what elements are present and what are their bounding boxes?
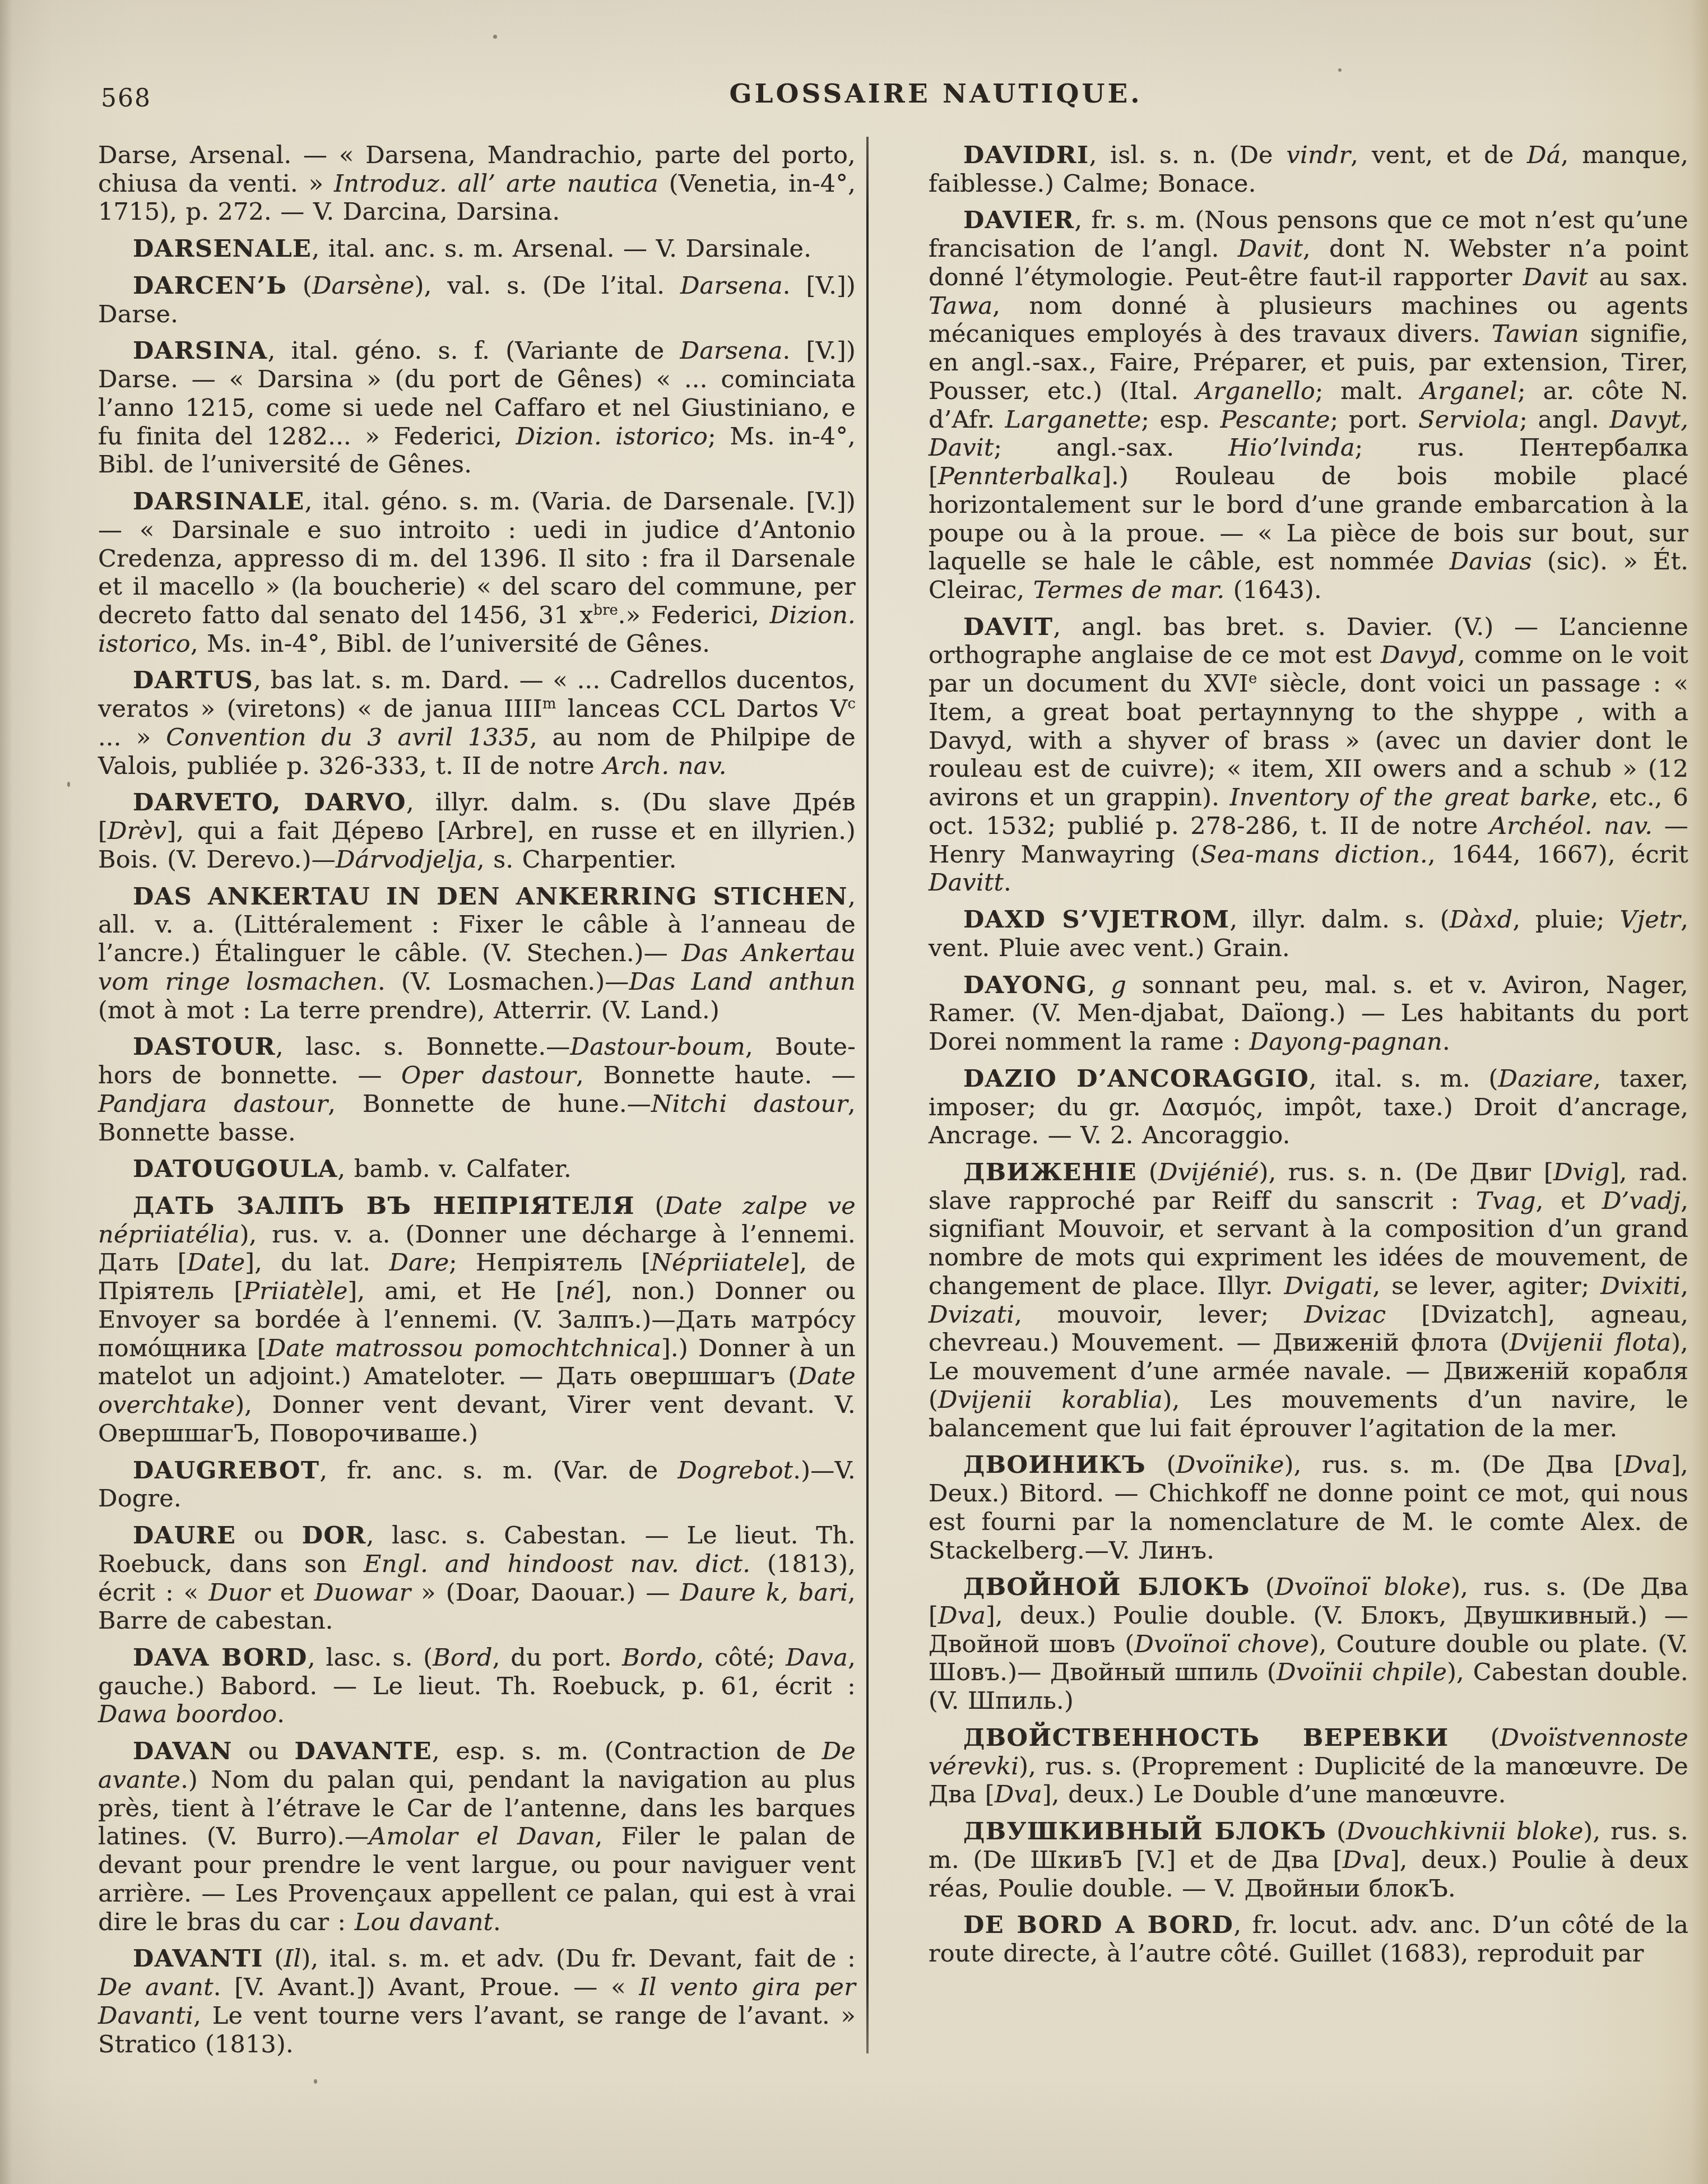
entry-headword: DAVIDRI [963, 141, 1089, 169]
text-run: ou [233, 1737, 295, 1765]
column-divider-rule [866, 137, 869, 2053]
text-run: Engl. and hindoost nav. dict. [364, 1550, 750, 1578]
text-run: Népriiatele [651, 1249, 790, 1277]
text-run: . [1004, 869, 1011, 897]
dictionary-entry: DARVETO, DARVO, illyr. dalm. s. (Du slav… [98, 789, 856, 874]
entry-headword: ДВИЖЕНІЕ [963, 1158, 1137, 1186]
text-run: Dayong-pagnan [1250, 1028, 1442, 1056]
text-run: Dva [995, 1780, 1042, 1809]
text-run: Dvizati [929, 1301, 1014, 1329]
entry-headword: DARCEN’Ь [133, 272, 287, 300]
dictionary-entry: DE BORD A BORD, fr. locut. adv. anc. D’u… [929, 1911, 1688, 1968]
text-run: , isl. s. n. (De [1089, 141, 1287, 169]
running-title: GLOSSAIRE NAUTIQUE. [191, 78, 1681, 109]
ink-speck [493, 35, 497, 39]
text-run: ( [1250, 1573, 1275, 1601]
text-run: Dárvodjelja [336, 846, 477, 874]
text-run: Arganel [1421, 377, 1517, 405]
text-run: . (V. Losmachen.)— [378, 968, 629, 996]
dictionary-entry: DAVIER, fr. s. m. (Nous pensons que ce m… [929, 206, 1688, 604]
dictionary-entry: DAVIDRI, isl. s. n. (De vindr, vent, et … [929, 141, 1688, 198]
entry-headword: DARVETO, DARVO [133, 789, 406, 817]
text-run: Dvijenii flota [1509, 1329, 1671, 1357]
text-run: Dàxd [1450, 906, 1513, 934]
text-run: , bamb. v. Calfater. [338, 1155, 572, 1183]
text-run: Dvouchkivnii bloke [1346, 1817, 1583, 1845]
text-run: m [542, 695, 556, 712]
text-run: ( [1326, 1817, 1346, 1845]
text-run: Daure k, bari [680, 1579, 848, 1607]
text-run: Nitchi dastour [651, 1090, 848, 1118]
text-run: . [1442, 1028, 1450, 1056]
text-run: ; angl.-sax. [994, 434, 1228, 462]
ink-speck [667, 1236, 670, 1239]
text-run: Amolar el Davan [369, 1823, 595, 1851]
text-run: ; angl. [1519, 406, 1609, 434]
text-run: Lou davant [355, 1908, 493, 1936]
text-run: , et [1536, 1187, 1602, 1215]
entry-headword: ДВУШКИВНЫЙ БЛОКЪ [963, 1817, 1326, 1845]
text-run: Bord [433, 1644, 492, 1672]
dictionary-entry: Darse, Arsenal. — « Darsena, Mandrachio,… [98, 141, 856, 226]
text-run: . [493, 1908, 501, 1936]
entry-headword: DAURE [133, 1522, 236, 1550]
dictionary-entry: DAZIO D’ANCORAGGIO, ital. s. m. (Daziare… [929, 1065, 1688, 1150]
text-run: ), rus. s. m. (De Два [ [1284, 1451, 1623, 1479]
text-run: Dizion. istorico [516, 423, 708, 451]
entry-headword: DARSINA [133, 337, 268, 365]
text-run: , esp. s. m. (Contraction de [432, 1737, 822, 1765]
text-run: Dvijenii korablia [938, 1386, 1163, 1414]
text-run: , Le vent tourne vers l’avant, se range … [98, 2002, 856, 2058]
text-run: , 1644, 1667), écrit [1428, 841, 1688, 869]
text-run: Dva [1343, 1846, 1390, 1874]
text-run: Introduz. all’ arte nautica [334, 170, 658, 198]
dictionary-entry: ДВОЙНОЙ БЛОКЪ (Dvoïnoï bloke), rus. s. (… [929, 1573, 1688, 1715]
dictionary-entry: DAURE ou DOR, lasc. s. Cabestan. — Le li… [98, 1522, 856, 1635]
entry-headword: ДАТЬ ЗАЛПЪ ВЪ НЕПРІЯТЕЛЯ [133, 1192, 635, 1220]
text-run: Serviola [1418, 406, 1519, 434]
text-run: Pennterbalka [938, 462, 1102, 490]
text-run: , [1088, 971, 1111, 999]
text-run: ; malt. [1315, 377, 1421, 405]
text-run: Dvoïnike [1176, 1451, 1284, 1479]
text-run: (mot à mot : La terre prendre), Atterrir… [98, 996, 720, 1024]
text-run: Tawian [1492, 320, 1579, 348]
text-run: Dva [1623, 1451, 1671, 1479]
text-run: Dvoïnoï bloke [1275, 1573, 1451, 1601]
text-run: , pluie; [1512, 906, 1619, 934]
text-run: Daziare [1498, 1065, 1594, 1093]
dictionary-entry: DAVANTI (Il), ital. s. m. et adv. (Du fr… [98, 1945, 856, 2058]
right-column: DAVIDRI, isl. s. n. (De vindr, vent, et … [929, 141, 1688, 1977]
dictionary-entry: DAUGREBOT, fr. anc. s. m. (Var. de Dogre… [98, 1457, 856, 1513]
text-run: c [848, 695, 856, 712]
dictionary-entry: DARTUS, bas lat. s. m. Dard. — « ... Cad… [98, 666, 856, 780]
ink-speck [1338, 68, 1342, 72]
dictionary-entry: DARCEN’Ь (Darsène), val. s. (De l’ital. … [98, 272, 856, 328]
text-run: ( [1146, 1451, 1176, 1479]
text-run: , du port. [493, 1644, 623, 1672]
text-run: Dare [389, 1249, 449, 1277]
entry-headword: DARSENALE [133, 235, 312, 263]
text-run: , Bonnette haute. — [576, 1061, 856, 1089]
text-run: Darsena [680, 337, 783, 365]
text-run: Tvag [1476, 1187, 1536, 1215]
dictionary-entry: DATOUGOULA, bamb. v. Calfater. [98, 1155, 856, 1184]
entry-headword: DAVIT [963, 613, 1053, 641]
text-run: Dogrebot [677, 1457, 793, 1485]
dictionary-entry: ДВОЙСТВЕННОСТЬ ВЕРЕВКИ (Dvoïstvennoste v… [929, 1724, 1688, 1809]
text-run: . [V. Avant.]) Avant, Proue. — « [214, 1973, 639, 2001]
text-run: Dvizac [1304, 1301, 1386, 1329]
entry-headword: DARSINALE [133, 488, 305, 516]
text-run: Il [284, 1945, 301, 1973]
entry-headword: DAYONG [963, 971, 1088, 999]
text-run: Duor [208, 1579, 270, 1607]
entry-headword: DAVANTI [133, 1945, 263, 1973]
page-right-edge-shadow [1691, 0, 1708, 2184]
entry-headword: ДВОИНИКЪ [963, 1451, 1146, 1479]
text-run: e [1248, 670, 1257, 687]
entry-headword: DAVAN [133, 1737, 233, 1765]
text-run: Dvixiti [1600, 1272, 1681, 1300]
text-run: ( [635, 1192, 665, 1220]
text-run: , lasc. s. Bonnette.— [276, 1033, 570, 1061]
text-run: , côté; [697, 1644, 786, 1672]
entry-headword: DAZIO D’ANCORAGGIO [963, 1065, 1309, 1093]
text-run: ... » [98, 724, 166, 752]
text-run: Davit [1238, 235, 1303, 263]
text-run: Tawa [929, 292, 992, 320]
dictionary-entry: DARSENALE, ital. anc. s. m. Arsenal. — V… [98, 235, 856, 263]
text-run: .» Federici, [618, 601, 770, 629]
text-run: ( [263, 1945, 284, 1973]
dictionary-entry: ДВИЖЕНІЕ (Dvijénié), rus. s. n. (De Двиг… [929, 1158, 1688, 1443]
dictionary-entry: DAXD S’VJETROM, illyr. dalm. s. (Dàxd, p… [929, 906, 1688, 962]
text-run: Pandjara dastour [98, 1090, 328, 1118]
entry-headword: DARTUS [133, 666, 253, 694]
text-run: Dvijénié [1158, 1158, 1259, 1186]
text-run: Hio’lvinda [1228, 434, 1354, 462]
text-run: Pescante [1220, 406, 1330, 434]
text-run: vindr [1286, 141, 1350, 169]
text-run: Dawa boordoo [98, 1700, 277, 1728]
text-run: ou [236, 1522, 302, 1550]
text-run: De avant [98, 1973, 214, 2001]
text-run: bre [593, 602, 618, 619]
text-run: , ital. géno. s. f. (Variante de [268, 337, 680, 365]
text-run: Dava [786, 1644, 848, 1672]
text-run: ; port. [1330, 406, 1418, 434]
text-run: Davias [1450, 548, 1532, 576]
text-run: Vjetr [1619, 906, 1681, 934]
text-run: Date matrossou pomochtchnica [267, 1334, 661, 1362]
text-run: Arganello [1196, 377, 1315, 405]
text-run: ; Непріятель [ [449, 1249, 651, 1277]
text-run: Convention du 3 avril 1335 [166, 724, 530, 752]
text-run: Das Land anthun [629, 968, 856, 996]
text-run: Davyd [1381, 641, 1458, 669]
text-run: Archéol. nav. [1489, 812, 1653, 840]
left-column: Darse, Arsenal. — « Darsena, Mandrachio,… [98, 141, 856, 2067]
text-run: Darsène [312, 272, 415, 300]
text-run: , vent, et de [1350, 141, 1527, 169]
entry-headword: DOR [302, 1522, 366, 1550]
dictionary-entry: DAVA BORD, lasc. s. (Bord, du port. Bord… [98, 1644, 856, 1729]
dictionary-entry: DARSINA, ital. géno. s. f. (Variante de … [98, 337, 856, 479]
text-run: Davit [1523, 263, 1588, 291]
entry-headword: DASTOUR [133, 1033, 276, 1061]
text-run: , illyr. dalm. s. ( [1229, 906, 1449, 934]
text-run: Termes de mar. [1033, 576, 1225, 604]
entry-headword: ДВОЙНОЙ БЛОКЪ [963, 1573, 1250, 1601]
dictionary-entry: DAVIT, angl. bas bret. s. Davier. (V.) —… [929, 613, 1688, 897]
page-left-edge-shadow [0, 0, 12, 2184]
text-run: ( [287, 272, 312, 300]
text-run: Bordo [622, 1644, 696, 1672]
dictionary-entry: DAVAN ou DAVANTE, esp. s. m. (Contractio… [98, 1737, 856, 1936]
entry-headword: DAVANTE [294, 1737, 432, 1765]
text-run: Dá [1527, 141, 1561, 169]
text-run: , lasc. s. ( [308, 1644, 433, 1672]
text-run: ], du lat. [245, 1249, 389, 1277]
text-run: Sea-mans diction. [1200, 841, 1428, 869]
text-run: , Ms. in-4°, Bibl. de l’université de Gê… [191, 630, 710, 658]
text-run: Duowar [314, 1579, 411, 1607]
entry-headword: DAVA BORD [133, 1644, 308, 1672]
text-run: , mouvoir, lever; [1014, 1301, 1304, 1329]
text-run: Oper dastour [401, 1061, 576, 1089]
text-run: Dva [938, 1602, 986, 1630]
text-run: » (Doar, Daouar.) — [411, 1579, 680, 1607]
entry-headword: ДВОЙСТВЕННОСТЬ ВЕРЕВКИ [963, 1724, 1449, 1752]
text-run: , s. Charpentier. [477, 846, 677, 874]
text-run: lanceas CCL Dartos V [556, 695, 847, 723]
text-run: ( [1449, 1724, 1500, 1752]
text-run: , ital. anc. s. m. Arsenal. — V. Darsina… [312, 235, 811, 263]
entry-headword: DAXD S’VJETROM [963, 906, 1229, 934]
text-run: Inventory of the great barke [1230, 783, 1591, 812]
text-run: né [565, 1277, 596, 1305]
text-run: Arch. nav. [603, 752, 726, 780]
text-run: au sax. [1588, 263, 1688, 291]
text-run: . [277, 1700, 285, 1728]
text-run: Dastour-boum [570, 1033, 745, 1061]
dictionary-entry: ДВУШКИВНЫЙ БЛОКЪ (Dvouchkivnii bloke), r… [929, 1817, 1688, 1903]
scanned-book-page: 568 GLOSSAIRE NAUTIQUE. Darse, Arsenal. … [0, 0, 1708, 2184]
text-run: et [270, 1579, 314, 1607]
text-run: Dvoïnoï chove [1134, 1630, 1309, 1658]
text-run: , Bonnette de hune.— [328, 1090, 651, 1118]
text-run: ), rus. s. n. (De Двиг [ [1259, 1158, 1553, 1186]
dictionary-entry: DAS ANKERTAU IN DEN ANKERRING STICHEN, a… [98, 883, 856, 1025]
dictionary-entry: DASTOUR, lasc. s. Bonnette.—Dastour-boum… [98, 1033, 856, 1147]
text-run: , ital. s. m. ( [1309, 1065, 1498, 1093]
text-run: ), ital. s. m. et adv. (Du fr. Devant, f… [301, 1945, 856, 1973]
entry-headword: DAVIER [963, 206, 1075, 234]
text-run: Davitt [929, 869, 1004, 897]
text-run: ; esp. [1141, 406, 1220, 434]
text-run: Date [187, 1249, 245, 1277]
text-run: ], ami, et Не [ [348, 1277, 565, 1305]
ink-speck [314, 2079, 317, 2084]
entry-headword: DAUGREBOT [133, 1457, 319, 1485]
text-run: g [1111, 971, 1126, 999]
text-run: Dvoïnii chpile [1277, 1658, 1447, 1686]
text-run: Larganette [1005, 406, 1141, 434]
text-run: , se lever, agiter; [1373, 1272, 1601, 1300]
dictionary-entry: DAYONG, g sonnant peu, mal. s. et v. Avi… [929, 971, 1688, 1056]
text-run: Dvigati [1284, 1272, 1372, 1300]
dictionary-entry: ДВОИНИКЪ (Dvoïnike), rus. s. m. (De Два … [929, 1451, 1688, 1565]
text-run: Darsena [680, 272, 783, 300]
entry-headword: DATOUGOULA [133, 1155, 338, 1183]
text-run: Dvig [1553, 1158, 1610, 1186]
text-run: , fr. anc. s. m. (Var. de [319, 1457, 677, 1485]
entry-headword: DE BORD A BORD [963, 1911, 1233, 1939]
text-run: (1643). [1224, 576, 1321, 604]
text-run: D’vadj [1602, 1187, 1681, 1215]
dictionary-entry: ДАТЬ ЗАЛПЪ ВЪ НЕПРІЯТЕЛЯ (Date zalpe ve … [98, 1192, 856, 1448]
page-number: 568 [101, 84, 151, 113]
text-run: , [1681, 1272, 1688, 1300]
dictionary-entry: DARSINALE, ital. géno. s. m. (Varia. de … [98, 488, 856, 658]
text-run: ), val. s. (De l’ital. [415, 272, 680, 300]
text-run: Drèv [108, 817, 167, 845]
text-run: ( [1137, 1158, 1158, 1186]
entry-headword: DAS ANKERTAU IN DEN ANKERRING STICHEN [133, 883, 848, 911]
text-run: ], deux.) Le Double d’une manœuvre. [1042, 1780, 1506, 1809]
text-run: Priiatèle [243, 1277, 347, 1305]
ink-speck [67, 782, 70, 787]
